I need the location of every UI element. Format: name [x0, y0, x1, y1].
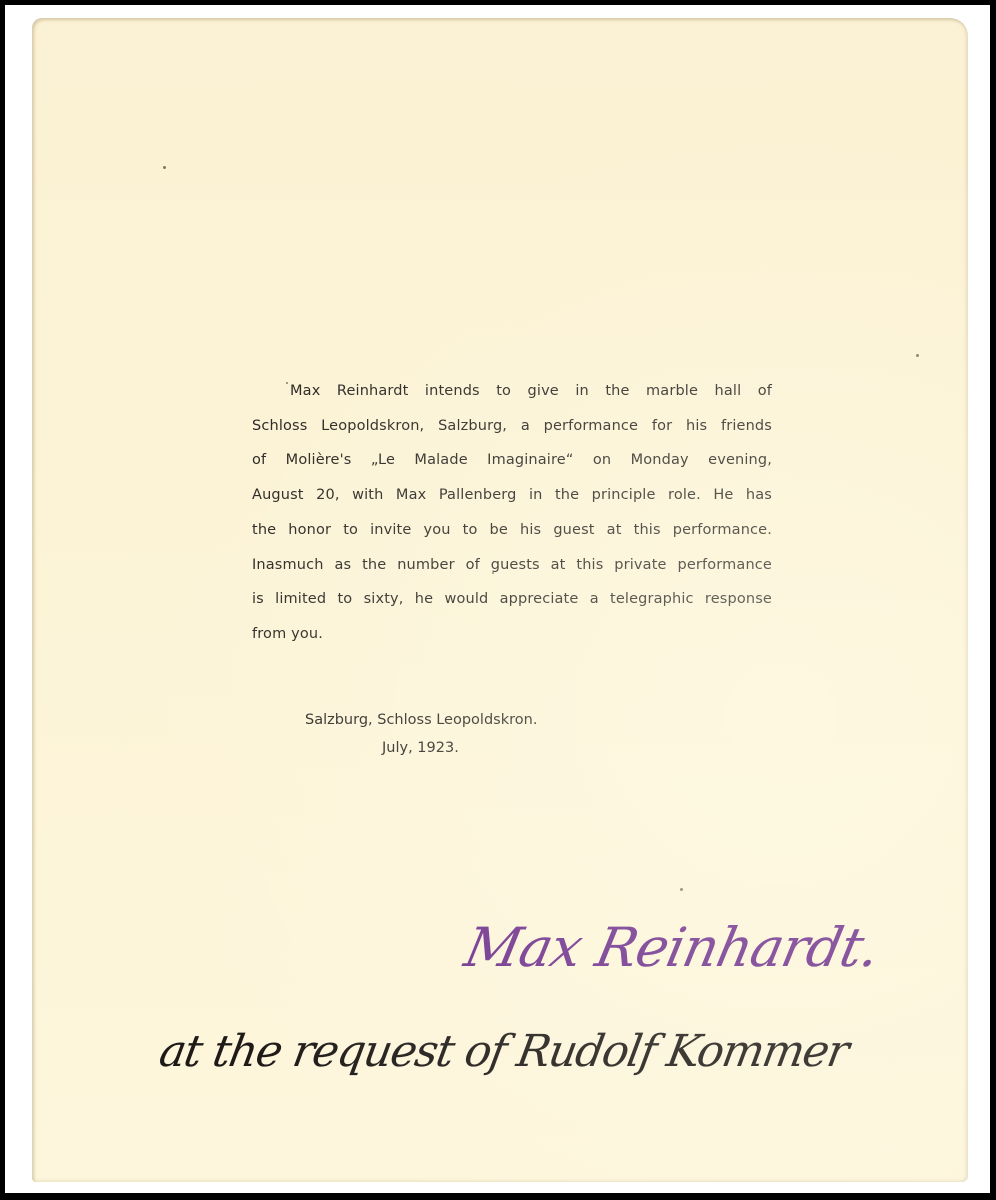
body-line: from you.	[252, 617, 772, 652]
date-line: July, 1923.	[382, 740, 459, 756]
body-line: of Molière's „Le Malade Imaginaire“ on M…	[252, 443, 772, 478]
scan-frame: Max Reinhardt intends to give in the mar…	[5, 5, 990, 1193]
signature: Max Reinhardt.	[459, 916, 884, 979]
body-line: Inasmuch as the number of guests at this…	[252, 548, 772, 583]
paper-speck	[680, 888, 683, 891]
letter-paper: Max Reinhardt intends to give in the mar…	[32, 18, 968, 1182]
body-line: the honor to invite you to be his guest …	[252, 513, 772, 548]
paper-speck	[163, 166, 166, 169]
paper-speck	[916, 354, 919, 357]
body-line: Schloss Leopoldskron, Salzburg, a perfor…	[252, 409, 772, 444]
handwritten-note: at the request of Rudolf Kommer	[156, 1026, 852, 1077]
body-line: August 20, with Max Pallenberg in the pr…	[252, 478, 772, 513]
place-line: Salzburg, Schloss Leopoldskron.	[305, 712, 537, 728]
body-line: Max Reinhardt intends to give in the mar…	[252, 374, 772, 409]
body-line: is limited to sixty, he would appreciate…	[252, 582, 772, 617]
invitation-body: Max Reinhardt intends to give in the mar…	[252, 374, 772, 652]
